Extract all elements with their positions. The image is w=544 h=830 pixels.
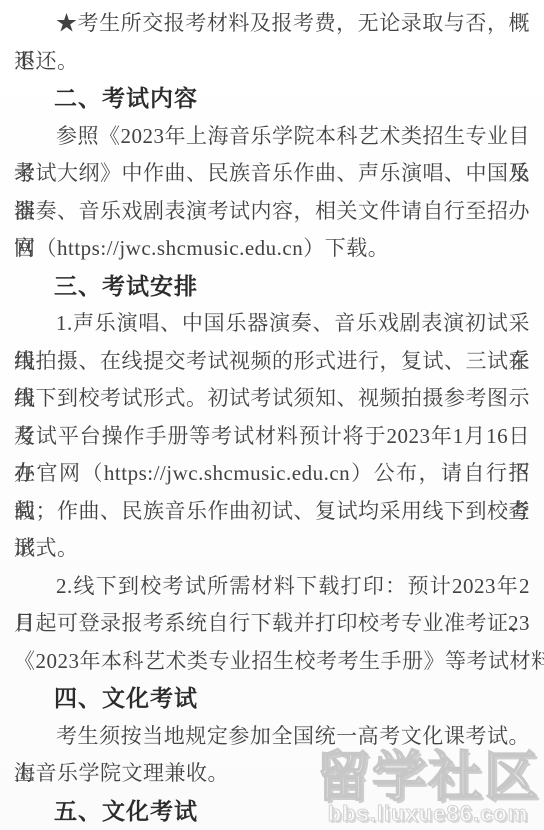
document-line: 2.线下到校考试所需材料下载打印：预计2023年2月23	[14, 568, 530, 606]
document-line: 考试平台操作手册等考试材料预计将于2023年1月16日在招	[14, 418, 530, 456]
document-line: 网（https://jwc.shcmusic.edu.cn）下载。	[14, 230, 530, 268]
section-heading: 三、考试安排	[14, 268, 530, 306]
section-heading: 二、考试内容	[14, 80, 530, 118]
section-heading: 五、文化考试	[14, 793, 530, 830]
document-line: 形式。	[14, 530, 530, 568]
document-line: 演奏、音乐戏剧表演考试内容，相关文件请自行至招办官	[14, 193, 530, 231]
document-line: 《2023年本科艺术类专业招生校考考生手册》等考试材料。	[14, 643, 530, 681]
document-line: ★考生所交报考材料及报考费，无论录取与否，概不	[14, 5, 530, 43]
document-line: 阅；作曲、民族音乐作曲初试、复试均采用线下到校考试	[14, 493, 530, 531]
document-line: 线下到校考试形式。初试考试须知、视频拍摄参考图示及	[14, 380, 530, 418]
section-heading: 四、文化考试	[14, 680, 530, 718]
document-line: 参照《2023年上海音乐学院本科艺术类招生专业目录及	[14, 118, 530, 156]
document-line: 线拍摄、在线提交考试视频的形式进行，复试、三试采用	[14, 343, 530, 381]
document-line: 1.声乐演唱、中国乐器演奏、音乐戏剧表演初试采用在	[14, 305, 530, 343]
document-body: ★考生所交报考材料及报考费，无论录取与否，概不退还。二、考试内容参照《2023年…	[14, 5, 530, 830]
document-line: 考试大纲》中作曲、民族音乐作曲、声乐演唱、中国乐器	[14, 155, 530, 193]
document-line: 考生须按当地规定参加全国统一高考文化课考试。上	[14, 718, 530, 756]
scanned-document-page: ★考生所交报考材料及报考费，无论录取与否，概不退还。二、考试内容参照《2023年…	[0, 0, 544, 830]
document-line: 退还。	[14, 43, 530, 81]
document-line: 海音乐学院文理兼收。	[14, 755, 530, 793]
document-line: 办官网（https://jwc.shcmusic.edu.cn）公布，请自行下载…	[14, 455, 530, 493]
document-line: 日起可登录报考系统自行下载并打印校考专业准考证、	[14, 605, 530, 643]
